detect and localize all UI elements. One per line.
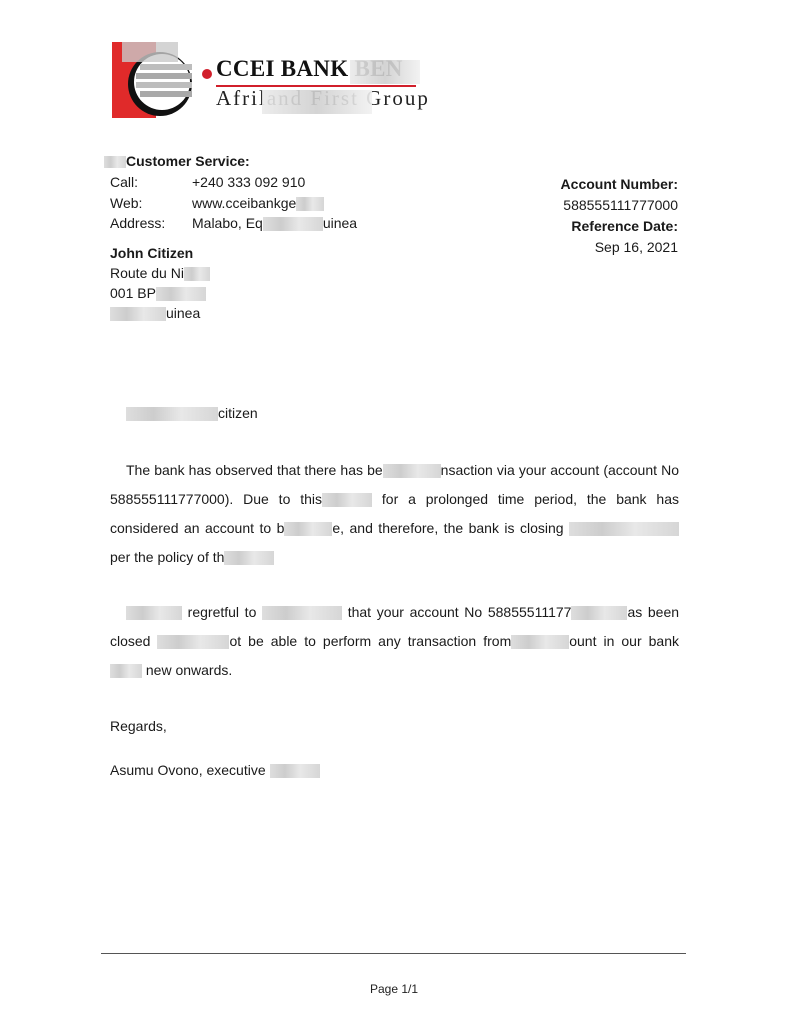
logo-dot (202, 69, 212, 79)
page-number: Page 1/1 (0, 982, 788, 996)
redacted-block (322, 493, 372, 507)
recipient-line3: uinea (166, 305, 200, 321)
signature: Asumu Ovono, executive (110, 762, 320, 778)
redacted-block (157, 635, 229, 649)
web-value: www.cceibankge (192, 195, 296, 211)
p2-text-d: ot be able to perform any transaction fr… (229, 633, 511, 649)
redacted-block (110, 664, 142, 678)
redacted-block (126, 407, 218, 421)
redacted-block (184, 267, 210, 281)
redacted-block (262, 90, 372, 114)
redacted-block (296, 197, 324, 211)
redacted-block (571, 606, 627, 620)
account-number: 588555111777000 (561, 195, 678, 216)
recipient-name: John Citizen (110, 243, 210, 263)
p1-text-e: per the policy of th (110, 549, 224, 565)
p2-text-e: ount in our bank (569, 633, 679, 649)
bank-logo: CCEI BANK BEN Afriland First Group (112, 42, 422, 120)
bank-logo-icon (112, 42, 192, 118)
customer-service-heading: Customer Service: (110, 153, 250, 169)
redacted-block (270, 764, 320, 778)
paragraph-1: The bank has observed that there has ben… (110, 456, 679, 572)
web-row: Web:www.cceibankge (110, 195, 324, 211)
redacted-block (383, 464, 441, 478)
redacted-block (284, 522, 332, 536)
p2-text-f: new onwards. (146, 662, 232, 678)
p1-text-a: The bank has observed that there has be (126, 462, 383, 478)
customer-service-heading-text: Customer Service: (126, 153, 250, 169)
redacted-block (224, 551, 274, 565)
recipient-line2: 001 BP (110, 285, 156, 301)
recipient-address: John Citizen Route du Ni 001 BP uinea (110, 243, 210, 323)
address-row: Address:Malabo, Equinea (110, 215, 357, 231)
redacted-block (126, 606, 182, 620)
address-label: Address: (110, 215, 192, 231)
call-label: Call: (110, 174, 192, 190)
call-value: +240 333 092 910 (192, 174, 305, 190)
signature-text: Asumu Ovono, executive (110, 762, 266, 778)
redacted-block (569, 522, 679, 536)
salutation-text: citizen (218, 405, 258, 421)
p2-text-b: that your account No 58855511177 (348, 604, 572, 620)
redacted-block (350, 60, 420, 84)
account-info: Account Number: 588555111777000 Referenc… (561, 174, 678, 258)
closing: Regards, (110, 718, 167, 734)
recipient-line1: Route du Ni (110, 265, 184, 281)
account-number-label: Account Number: (561, 174, 678, 195)
redacted-block (110, 307, 166, 321)
address-value-start: Malabo, Eq (192, 215, 263, 231)
reference-date: Sep 16, 2021 (561, 237, 678, 258)
redacted-block (104, 156, 126, 168)
redacted-block (511, 635, 569, 649)
p1-text-d: e, and therefore, the bank is closing (332, 520, 563, 536)
footer-divider (101, 953, 686, 954)
redacted-block (263, 217, 323, 231)
address-value-end: uinea (323, 215, 357, 231)
paragraph-2: regretful to that your account No 588555… (110, 598, 679, 685)
redacted-block (262, 606, 342, 620)
salutation: citizen (126, 405, 258, 421)
call-row: Call:+240 333 092 910 (110, 174, 305, 190)
web-label: Web: (110, 195, 192, 211)
p2-text-a: regretful to (188, 604, 257, 620)
reference-date-label: Reference Date: (561, 216, 678, 237)
redacted-block (156, 287, 206, 301)
